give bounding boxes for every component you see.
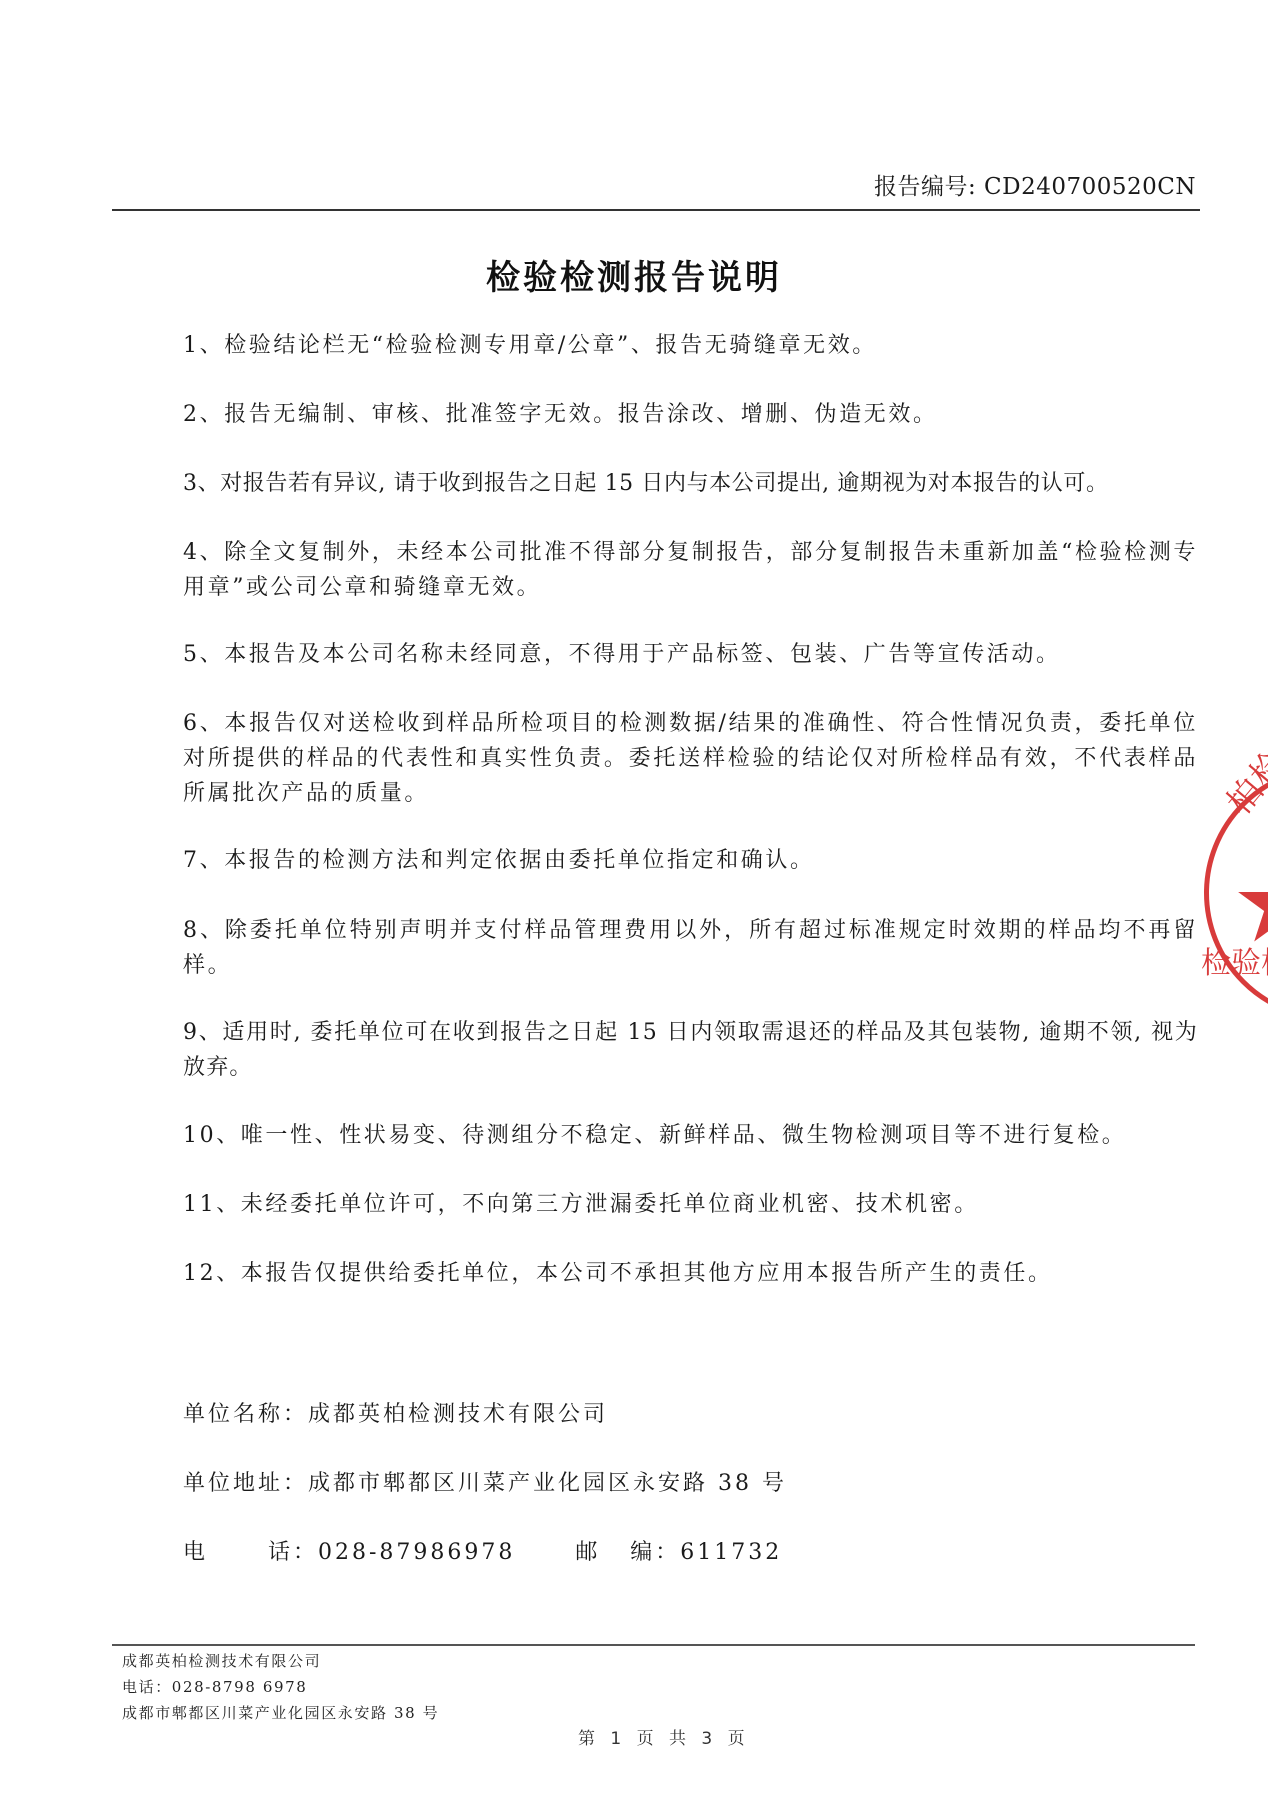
note-item-1: 1、检验结论栏无“检验检测专用章/公章”、报告无骑缝章无效。 bbox=[183, 328, 1198, 363]
note-item-2: 2、报告无编制、审核、批准签字无效。报告涂改、增删、伪造无效。 bbox=[183, 397, 1198, 432]
footer-phone: 电话：028-8798 6978 bbox=[122, 1676, 307, 1697]
note-item-3: 3、对报告若有异议, 请于收到报告之日起 15 日内与本公司提出, 逾期视为对本… bbox=[183, 466, 1198, 501]
company-address-line: 单位地址：成都市郫都区川菜产业化园区永安路 38 号 bbox=[183, 1466, 787, 1497]
seal-bottom-text: 检验检测 bbox=[1201, 938, 1268, 982]
page-indicator: 第 1 页 共 3 页 bbox=[578, 1724, 747, 1749]
footer-rule bbox=[112, 1644, 1195, 1646]
company-phone-line: 电 话：028-87986978 邮 编：611732 bbox=[183, 1535, 782, 1566]
note-item-11: 11、未经委托单位许可，不向第三方泄漏委托单位商业机密、技术机密。 bbox=[183, 1187, 1198, 1222]
note-item-6: 6、本报告仅对送检收到样品所检项目的检测数据/结果的准确性、符合性情况负责，委托… bbox=[183, 706, 1198, 811]
company-name-line: 单位名称：成都英柏检测技术有限公司 bbox=[183, 1397, 608, 1428]
note-item-5: 5、本报告及本公司名称未经同意，不得用于产品标签、包装、广告等宣传活动。 bbox=[183, 637, 1198, 672]
footer-company: 成都英柏检测技术有限公司 bbox=[122, 1650, 321, 1671]
official-seal-stamp: 柏检测 ★ 检验检测 bbox=[1204, 765, 1268, 1021]
page-title: 检验检测报告说明 bbox=[0, 250, 1268, 299]
seal-top-text: 柏检测 bbox=[1213, 709, 1268, 823]
header-rule bbox=[112, 209, 1200, 211]
report-number: 报告编号: CD240700520CN bbox=[874, 168, 1196, 201]
note-item-4: 4、除全文复制外，未经本公司批准不得部分复制报告，部分复制报告未重新加盖“检验检… bbox=[183, 535, 1198, 605]
note-item-10: 10、唯一性、性状易变、待测组分不稳定、新鲜样品、微生物检测项目等不进行复检。 bbox=[183, 1118, 1198, 1153]
note-item-9: 9、适用时, 委托单位可在收到报告之日起 15 日内领取需退还的样品及其包装物,… bbox=[183, 1015, 1198, 1085]
note-item-7: 7、本报告的检测方法和判定依据由委托单位指定和确认。 bbox=[183, 843, 1198, 878]
footer-address: 成都市郫都区川菜产业化园区永安路 38 号 bbox=[122, 1702, 439, 1723]
note-item-12: 12、本报告仅提供给委托单位，本公司不承担其他方应用本报告所产生的责任。 bbox=[183, 1256, 1198, 1291]
note-item-8: 8、除委托单位特别声明并支付样品管理费用以外，所有超过标准规定时效期的样品均不再… bbox=[183, 913, 1198, 983]
